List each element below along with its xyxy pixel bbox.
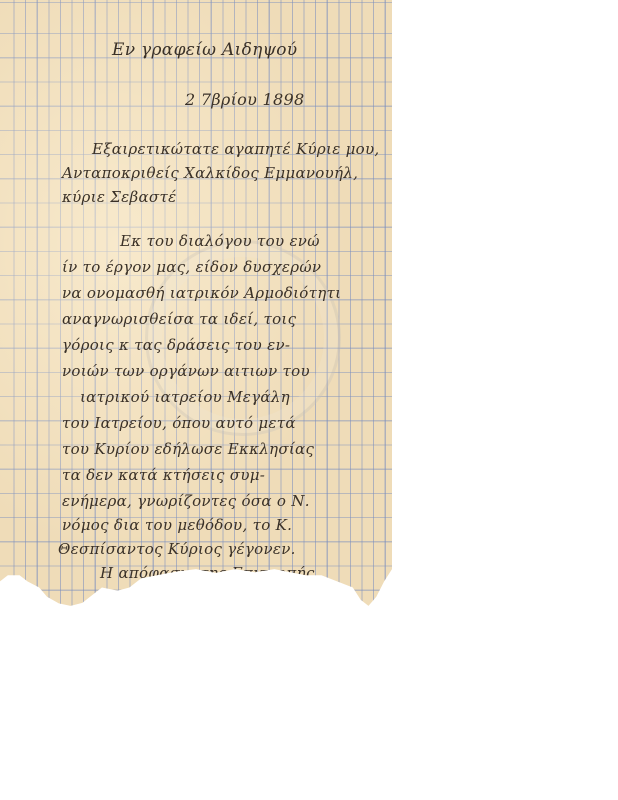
text-line: νοιών των οργάνων αιτιων του [62,362,310,380]
text-line: τα δεν κατά κτήσεις συμ- [62,466,265,484]
text-line: ιατρικού ιατρείου Μεγάλη [80,388,290,406]
text-line: γόροις κ τας δράσεις του εν- [62,336,290,354]
text-line: Ανταποκριθείς Χαλκίδος Εμμανουήλ, [62,164,358,182]
text-line: Εξαιρετικώτατε αγαπητέ Κύριε μου, [92,140,379,158]
text-line: Θεσπίσαντος Κύριος γέγονεν. [58,540,296,558]
text-line: Η απόφασις της Επιτροπής [100,564,315,582]
text-line: νόμος δια του μεθόδου, το Κ. [62,516,292,534]
text-line: αναγνωρισθείσα τα ιδεί, τοις [62,310,296,328]
text-line: κύριε Σεβαστέ [62,188,176,206]
letter-date: 2 7βρίου 1898 [185,90,304,109]
text-line: του Ιατρείου, όπου αυτό μετά [62,414,296,432]
text-line: να ονομασθή ιατρικόν Αρμοδιότητι [62,284,341,302]
text-line: ενήμερα, γνωρίζοντες όσα ο Ν. [62,492,310,510]
letter-sheet: Εν γραφείω Αιδηψού 2 7βρίου 1898 Εξαιρετ… [0,0,392,612]
letter-place: Εν γραφείω Αιδηψού [112,40,297,60]
text-line: Εκ του διαλόγου του ενώ [120,232,320,250]
text-line: του Κυρίου εδήλωσε Εκκλησίας [62,440,314,458]
text-line: ίν το έργον μας, είδον δυσχερών [62,258,321,276]
